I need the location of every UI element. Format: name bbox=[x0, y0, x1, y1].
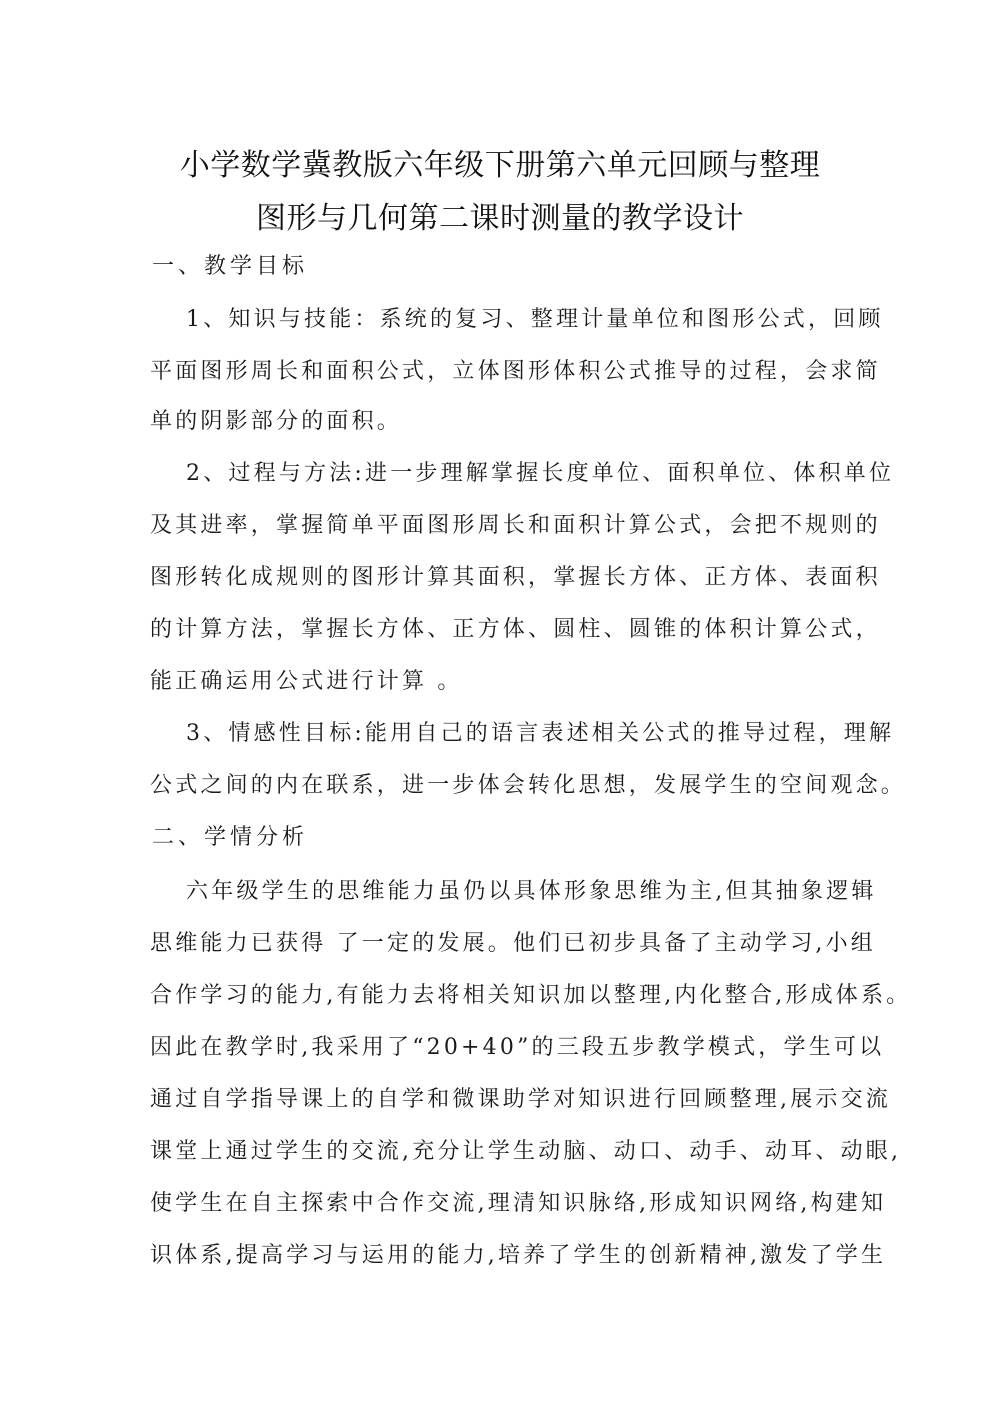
paragraph-line: 平面图形周长和面积公式，立体图形体积公式推导的过程，会求简 bbox=[150, 357, 850, 387]
paragraph-line: 合作学习的能力,有能力去将相关知识加以整理,内化整合,形成体系。 bbox=[150, 981, 850, 1011]
paragraph-line: 1、知识与技能：系统的复习、整理计量单位和图形公式，回顾 bbox=[186, 305, 886, 335]
paragraph-line: 及其进率，掌握简单平面图形周长和面积计算公式，会把不规则的 bbox=[150, 511, 850, 541]
paragraph-line: 的计算方法，掌握长方体、正方体、圆柱、圆锥的体积计算公式， bbox=[150, 615, 850, 645]
document-title-line-2: 图形与几何第二课时测量的教学设计 bbox=[0, 193, 1000, 237]
paragraph-line: 通过自学指导课上的自学和微课助学对知识进行回顾整理,展示交流 bbox=[150, 1085, 850, 1115]
document-title-line-1: 小学数学冀教版六年级下册第六单元回顾与整理 bbox=[0, 140, 1000, 184]
paragraph-line: 课堂上通过学生的交流,充分让学生动脑、动口、动手、动耳、动眼, bbox=[150, 1137, 850, 1167]
paragraph-line: 单的阴影部分的面积。 bbox=[150, 407, 850, 437]
paragraph-line: 图形转化成规则的图形计算其面积，掌握长方体、正方体、表面积 bbox=[150, 563, 850, 593]
paragraph-line: 因此在教学时,我采用了“20+40”的三段五步教学模式，学生可以 bbox=[150, 1033, 850, 1063]
paragraph-line: 公式之间的内在联系，进一步体会转化思想，发展学生的空间观念。 bbox=[150, 771, 850, 801]
paragraph-line: 思维能力已获得 了一定的发展。他们已初步具备了主动学习,小组 bbox=[150, 929, 850, 959]
paragraph-line: 3、情感性目标:能用自己的语言表述相关公式的推导过程，理解 bbox=[186, 719, 886, 749]
section-heading-teaching-objectives: 一、教学目标 bbox=[152, 252, 852, 282]
paragraph-line: 使学生在自主探索中合作交流,理清知识脉络,形成知识网络,构建知 bbox=[150, 1189, 850, 1219]
paragraph-line: 2、过程与方法:进一步理解掌握长度单位、面积单位、体积单位 bbox=[186, 459, 886, 489]
section-heading-student-analysis: 二、学情分析 bbox=[152, 823, 852, 853]
paragraph-line: 六年级学生的思维能力虽仍以具体形象思维为主,但其抽象逻辑 bbox=[186, 877, 886, 907]
paragraph-line: 识体系,提高学习与运用的能力,培养了学生的创新精神,激发了学生 bbox=[150, 1241, 850, 1271]
document-page: 小学数学冀教版六年级下册第六单元回顾与整理 图形与几何第二课时测量的教学设计 一… bbox=[0, 0, 1000, 1415]
paragraph-line: 能正确运用公式进行计算 。 bbox=[150, 667, 850, 697]
